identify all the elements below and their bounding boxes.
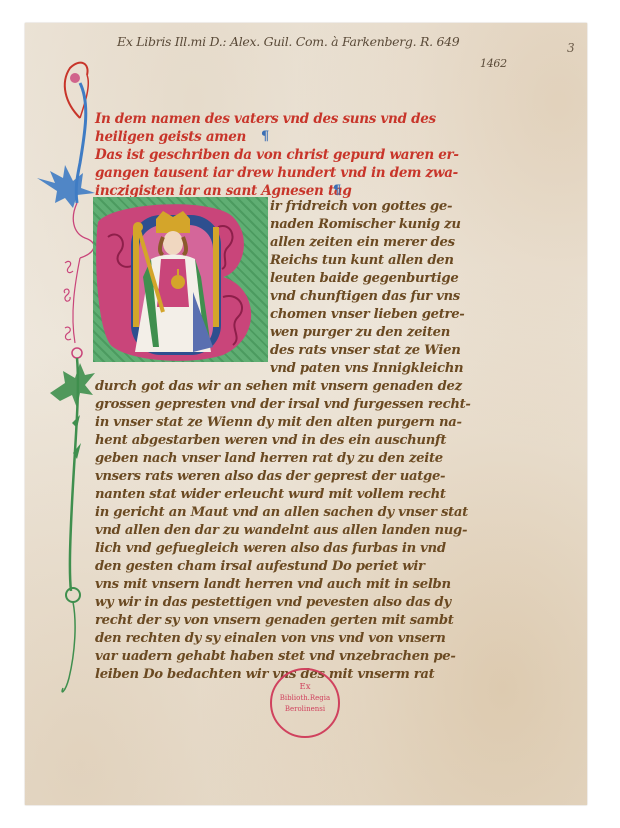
- body-line-6: vnd chunftigen das fur vns: [270, 289, 460, 304]
- body-line-3: allen zeiten ein merer des: [270, 235, 455, 250]
- body-line-12: grossen gepresten vnd der irsal vnd furg…: [95, 397, 471, 412]
- stamp-line-2: Biblioth.Regia: [272, 693, 338, 704]
- body-line-13: in vnser stat ze Wienn dy mit den alten …: [95, 415, 462, 430]
- rubric-line-3: Das ist geschriben da von christ gepurd …: [95, 147, 459, 163]
- manuscript-page: 3 Ex Libris Ill.mi D.: Alex. Guil. Com. …: [25, 23, 587, 805]
- body-line-21: den gesten cham irsal aufestund Do perie…: [95, 559, 425, 574]
- folio-number: 3: [567, 41, 575, 55]
- stamp-line-1: Ex: [272, 682, 338, 693]
- rubric-line-2: heiligen geists amen: [95, 129, 246, 145]
- body-line-2: naden Romischer kunig zu: [270, 217, 461, 232]
- body-line-17: nanten stat wider erleucht wurd mit voll…: [95, 487, 446, 502]
- rubric-line-4: gangen tausent iar drew hundert vnd in d…: [95, 165, 458, 181]
- paragraph-mark-icon: ¶: [333, 183, 341, 198]
- body-line-23: wy wir in das pestettigen vnd pevesten a…: [95, 595, 451, 610]
- paragraph-mark-icon: ¶: [261, 129, 269, 144]
- body-line-15: geben nach vnser land herren rat dy zu d…: [95, 451, 443, 466]
- body-line-14: hent abgestarben weren vnd in des ein au…: [95, 433, 446, 448]
- body-line-25: den rechten dy sy einalen von vns vnd vo…: [95, 631, 445, 646]
- body-line-8: wen purger zu den zeiten: [270, 325, 450, 340]
- stamp-line-3: Berolinensi: [272, 704, 338, 715]
- library-stamp: Ex Biblioth.Regia Berolinensi: [270, 668, 340, 738]
- provenance-note-line2: 1462: [480, 57, 507, 70]
- body-line-10: vnd paten vns Innigkleichn: [270, 361, 463, 376]
- provenance-note-line1: Ex Libris Ill.mi D.: Alex. Guil. Com. à …: [117, 34, 459, 49]
- body-line-1: ir fridreich von gottes ge-: [270, 199, 452, 214]
- body-line-19: vnd allen den dar zu wandelnt aus allen …: [95, 523, 467, 538]
- rubric-line-1: In dem namen des vaters vnd des suns vnd…: [95, 111, 436, 127]
- body-line-11: durch got das wir an sehen mit vnsern ge…: [95, 379, 462, 394]
- body-line-24: recht der sy von vnsern genaden gerten m…: [95, 613, 454, 628]
- body-line-9: des rats vnser stat ze Wien: [270, 343, 461, 358]
- body-line-18: in gericht an Maut vnd an allen sachen d…: [95, 505, 468, 520]
- historiated-initial: [93, 197, 268, 362]
- body-line-4: Reichs tun kunt allen den: [270, 253, 454, 268]
- body-line-5: leuten baide gegenburtige: [270, 271, 458, 286]
- body-line-26: var uadern gehabt haben stet vnd vnzebra…: [95, 649, 456, 664]
- body-line-22: vns mit vnsern landt herren vnd auch mit…: [95, 577, 451, 592]
- body-line-16: vnsers rats weren also das der geprest d…: [95, 469, 445, 484]
- enthroned-king-illumination-icon: [93, 197, 268, 362]
- body-line-20: lich vnd gefuegleich weren also das furb…: [95, 541, 446, 556]
- body-line-7: chomen vnser lieben getre-: [270, 307, 464, 322]
- body-line-27: leiben Do bedachten wir vns des mit vnse…: [95, 667, 434, 682]
